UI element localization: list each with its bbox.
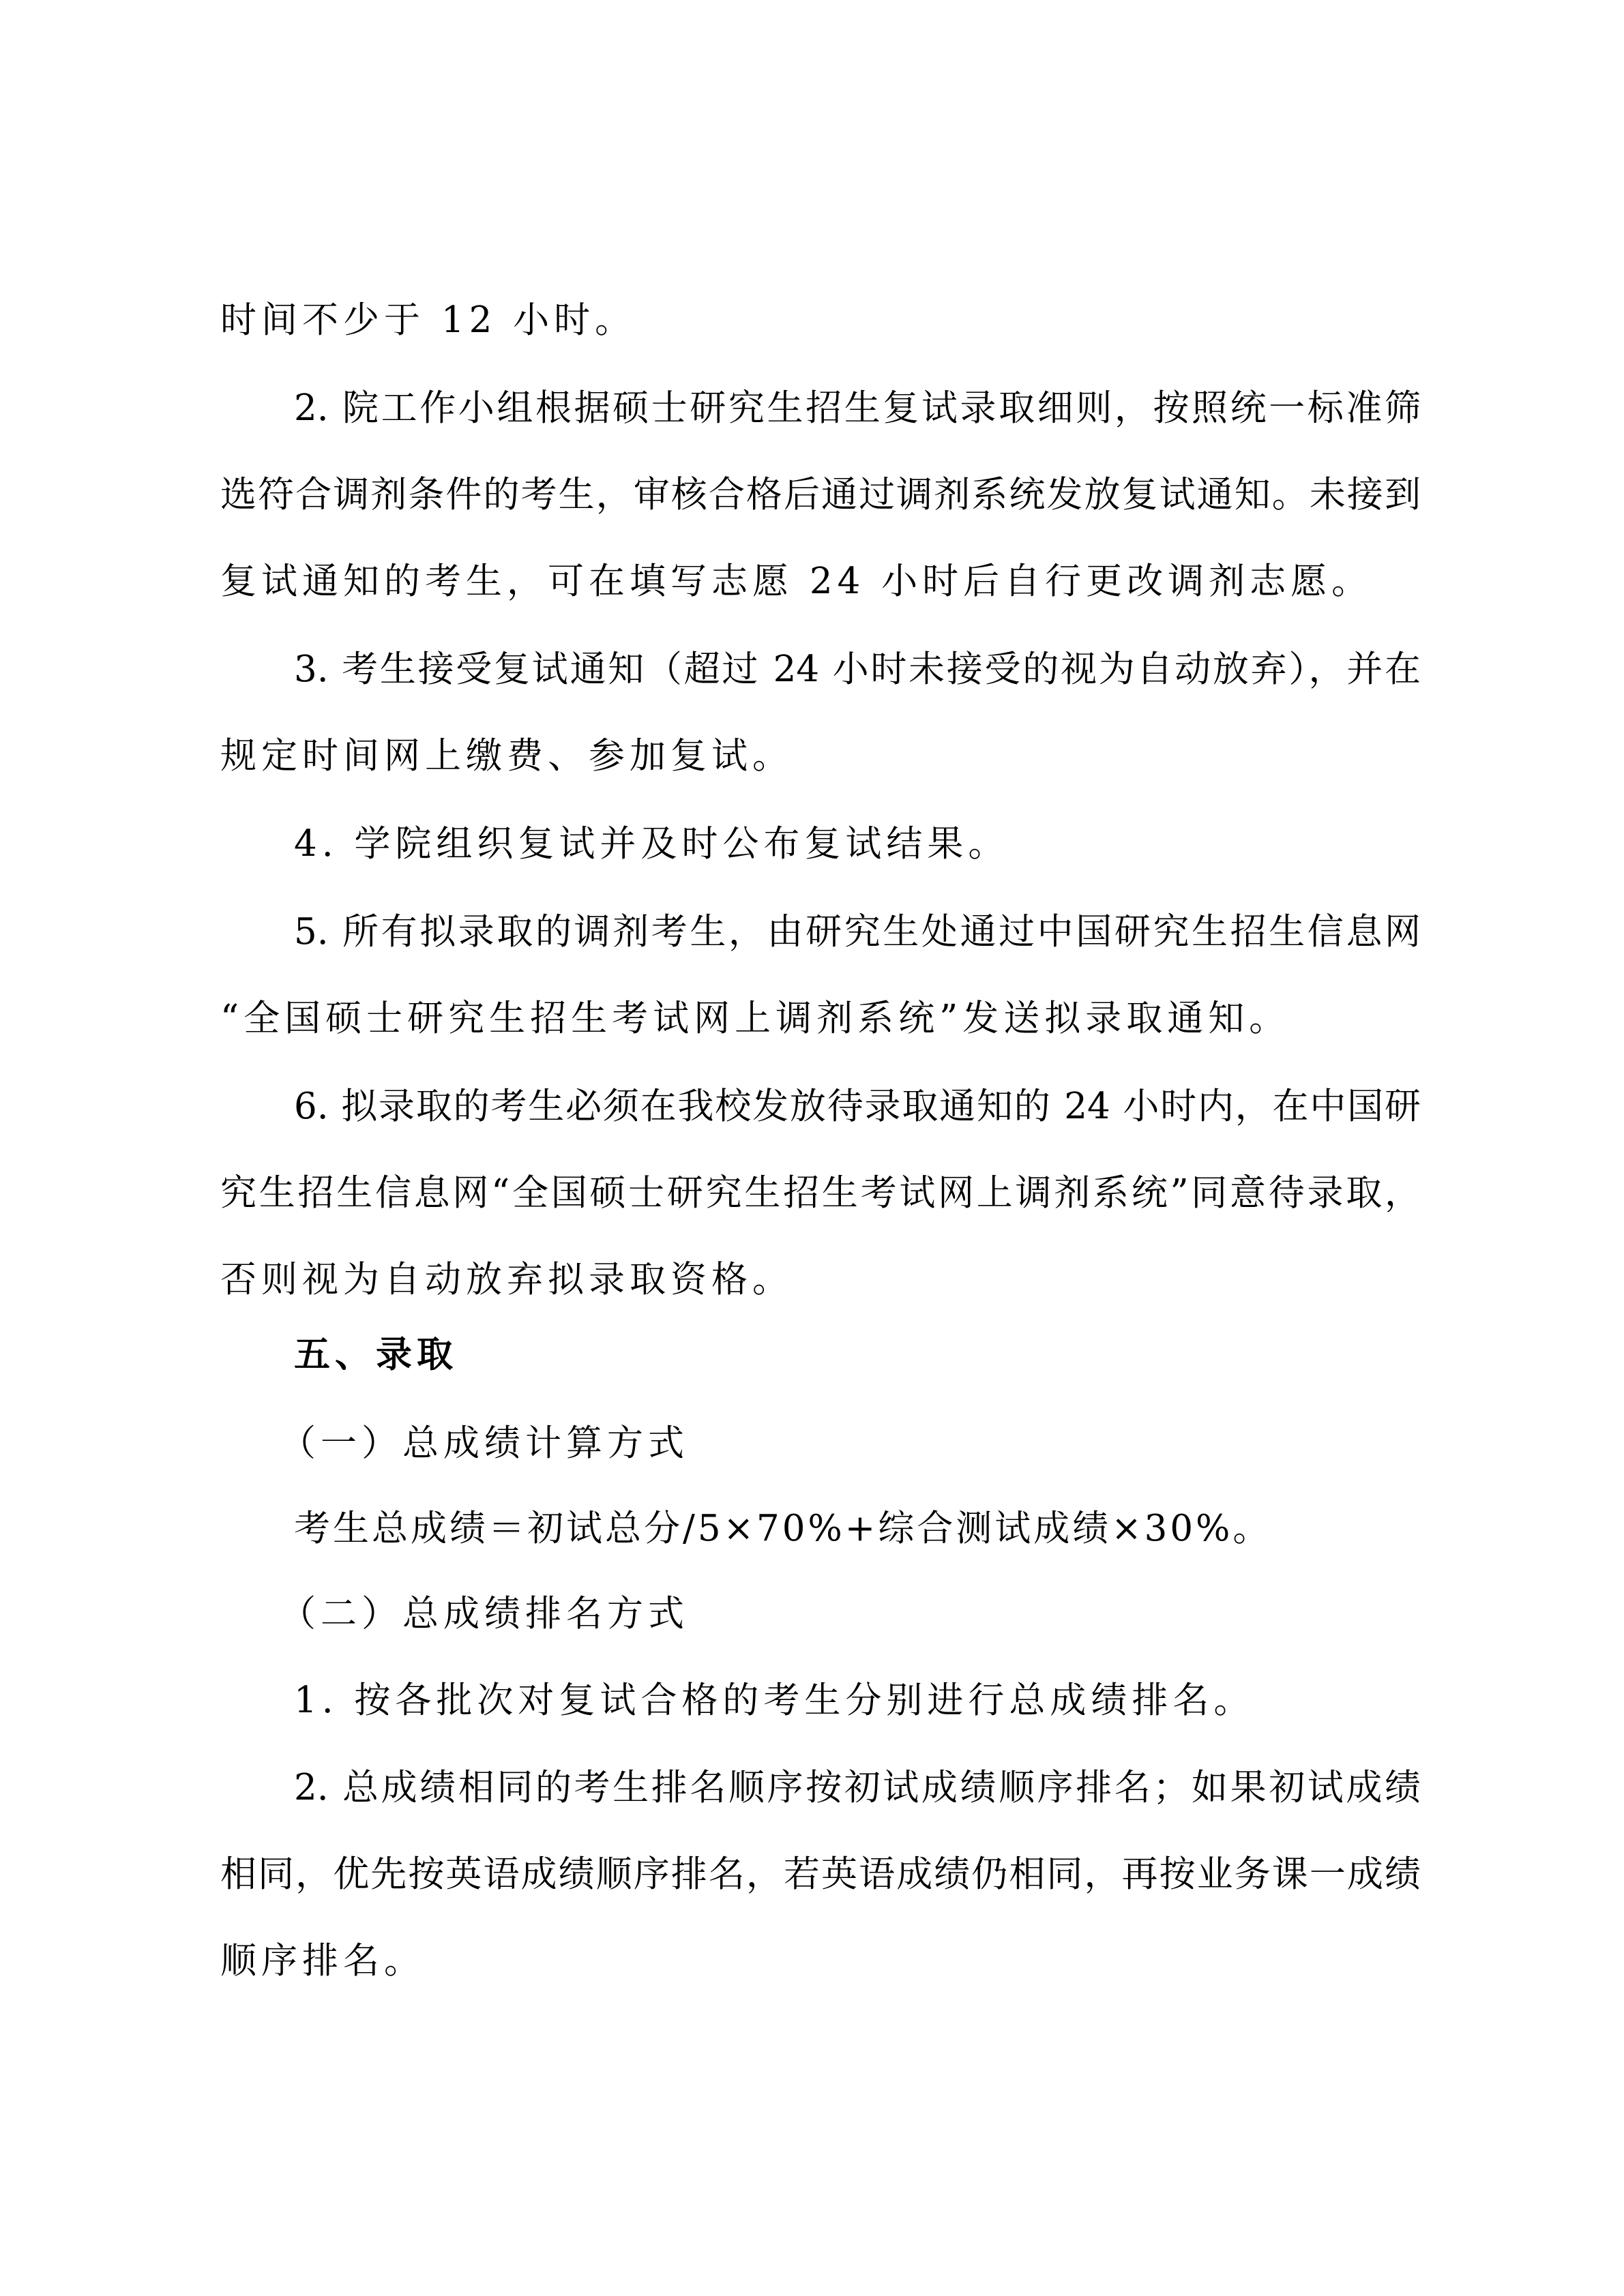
item-6-line-1: 6. 拟录取的考生必须在我校发放待录取通知的 24 小时内，在中国研 — [294, 1085, 1421, 1129]
paragraph-continuation-line: 时间不少于 12 小时。 — [220, 299, 1421, 342]
ranking-item-1: 1. 按各批次对复试合格的考生分别进行总成绩排名。 — [294, 1679, 1421, 1723]
ranking-item-2-line-2: 相同，优先按英语成绩顺序排名，若英语成绩仍相同，再按业务课一成绩 — [220, 1853, 1421, 1896]
item-6-line-2: 究生招生信息网“全国硕士研究生招生考试网上调剂系统”同意待录取， — [220, 1172, 1421, 1215]
section-5-heading: 五、录取 — [294, 1333, 1421, 1377]
item-5-line-1: 5. 所有拟录取的调剂考生，由研究生处通过中国研究生招生信息网 — [294, 910, 1421, 954]
item-6-line-3: 否则视为自动放弃拟录取资格。 — [220, 1258, 1421, 1302]
item-2-line-1: 2. 院工作小组根据硕士研究生招生复试录取细则，按照统一标准筛 — [294, 387, 1421, 430]
ranking-item-2-line-1: 2. 总成绩相同的考生排名顺序按初试成绩顺序排名；如果初试成绩 — [294, 1766, 1421, 1810]
item-3-line-2: 规定时间网上缴费、参加复试。 — [220, 734, 1421, 778]
ranking-item-2-line-3: 顺序排名。 — [220, 1939, 1421, 1983]
subsection-1-heading: （一）总成绩计算方式 — [280, 1422, 1480, 1465]
subsection-2-heading: （二）总成绩排名方式 — [280, 1592, 1480, 1636]
item-2-line-3: 复试通知的考生，可在填写志愿 24 小时后自行更改调剂志愿。 — [220, 560, 1421, 603]
document-page: 时间不少于 12 小时。 2. 院工作小组根据硕士研究生招生复试录取细则，按照统… — [0, 0, 1624, 2296]
item-4-line-1: 4. 学院组织复试并及时公布复试结果。 — [294, 822, 1421, 866]
item-5-line-2: “全国硕士研究生招生考试网上调剂系统”发送拟录取通知。 — [220, 997, 1421, 1041]
total-score-formula: 考生总成绩＝初试总分/5×70%+综合测试成绩×30%。 — [294, 1507, 1421, 1551]
item-2-line-2: 选符合调剂条件的考生，审核合格后通过调剂系统发放复试通知。未接到 — [220, 473, 1421, 517]
item-3-line-1: 3. 考生接受复试通知（超过 24 小时未接受的视为自动放弃），并在 — [294, 648, 1421, 691]
